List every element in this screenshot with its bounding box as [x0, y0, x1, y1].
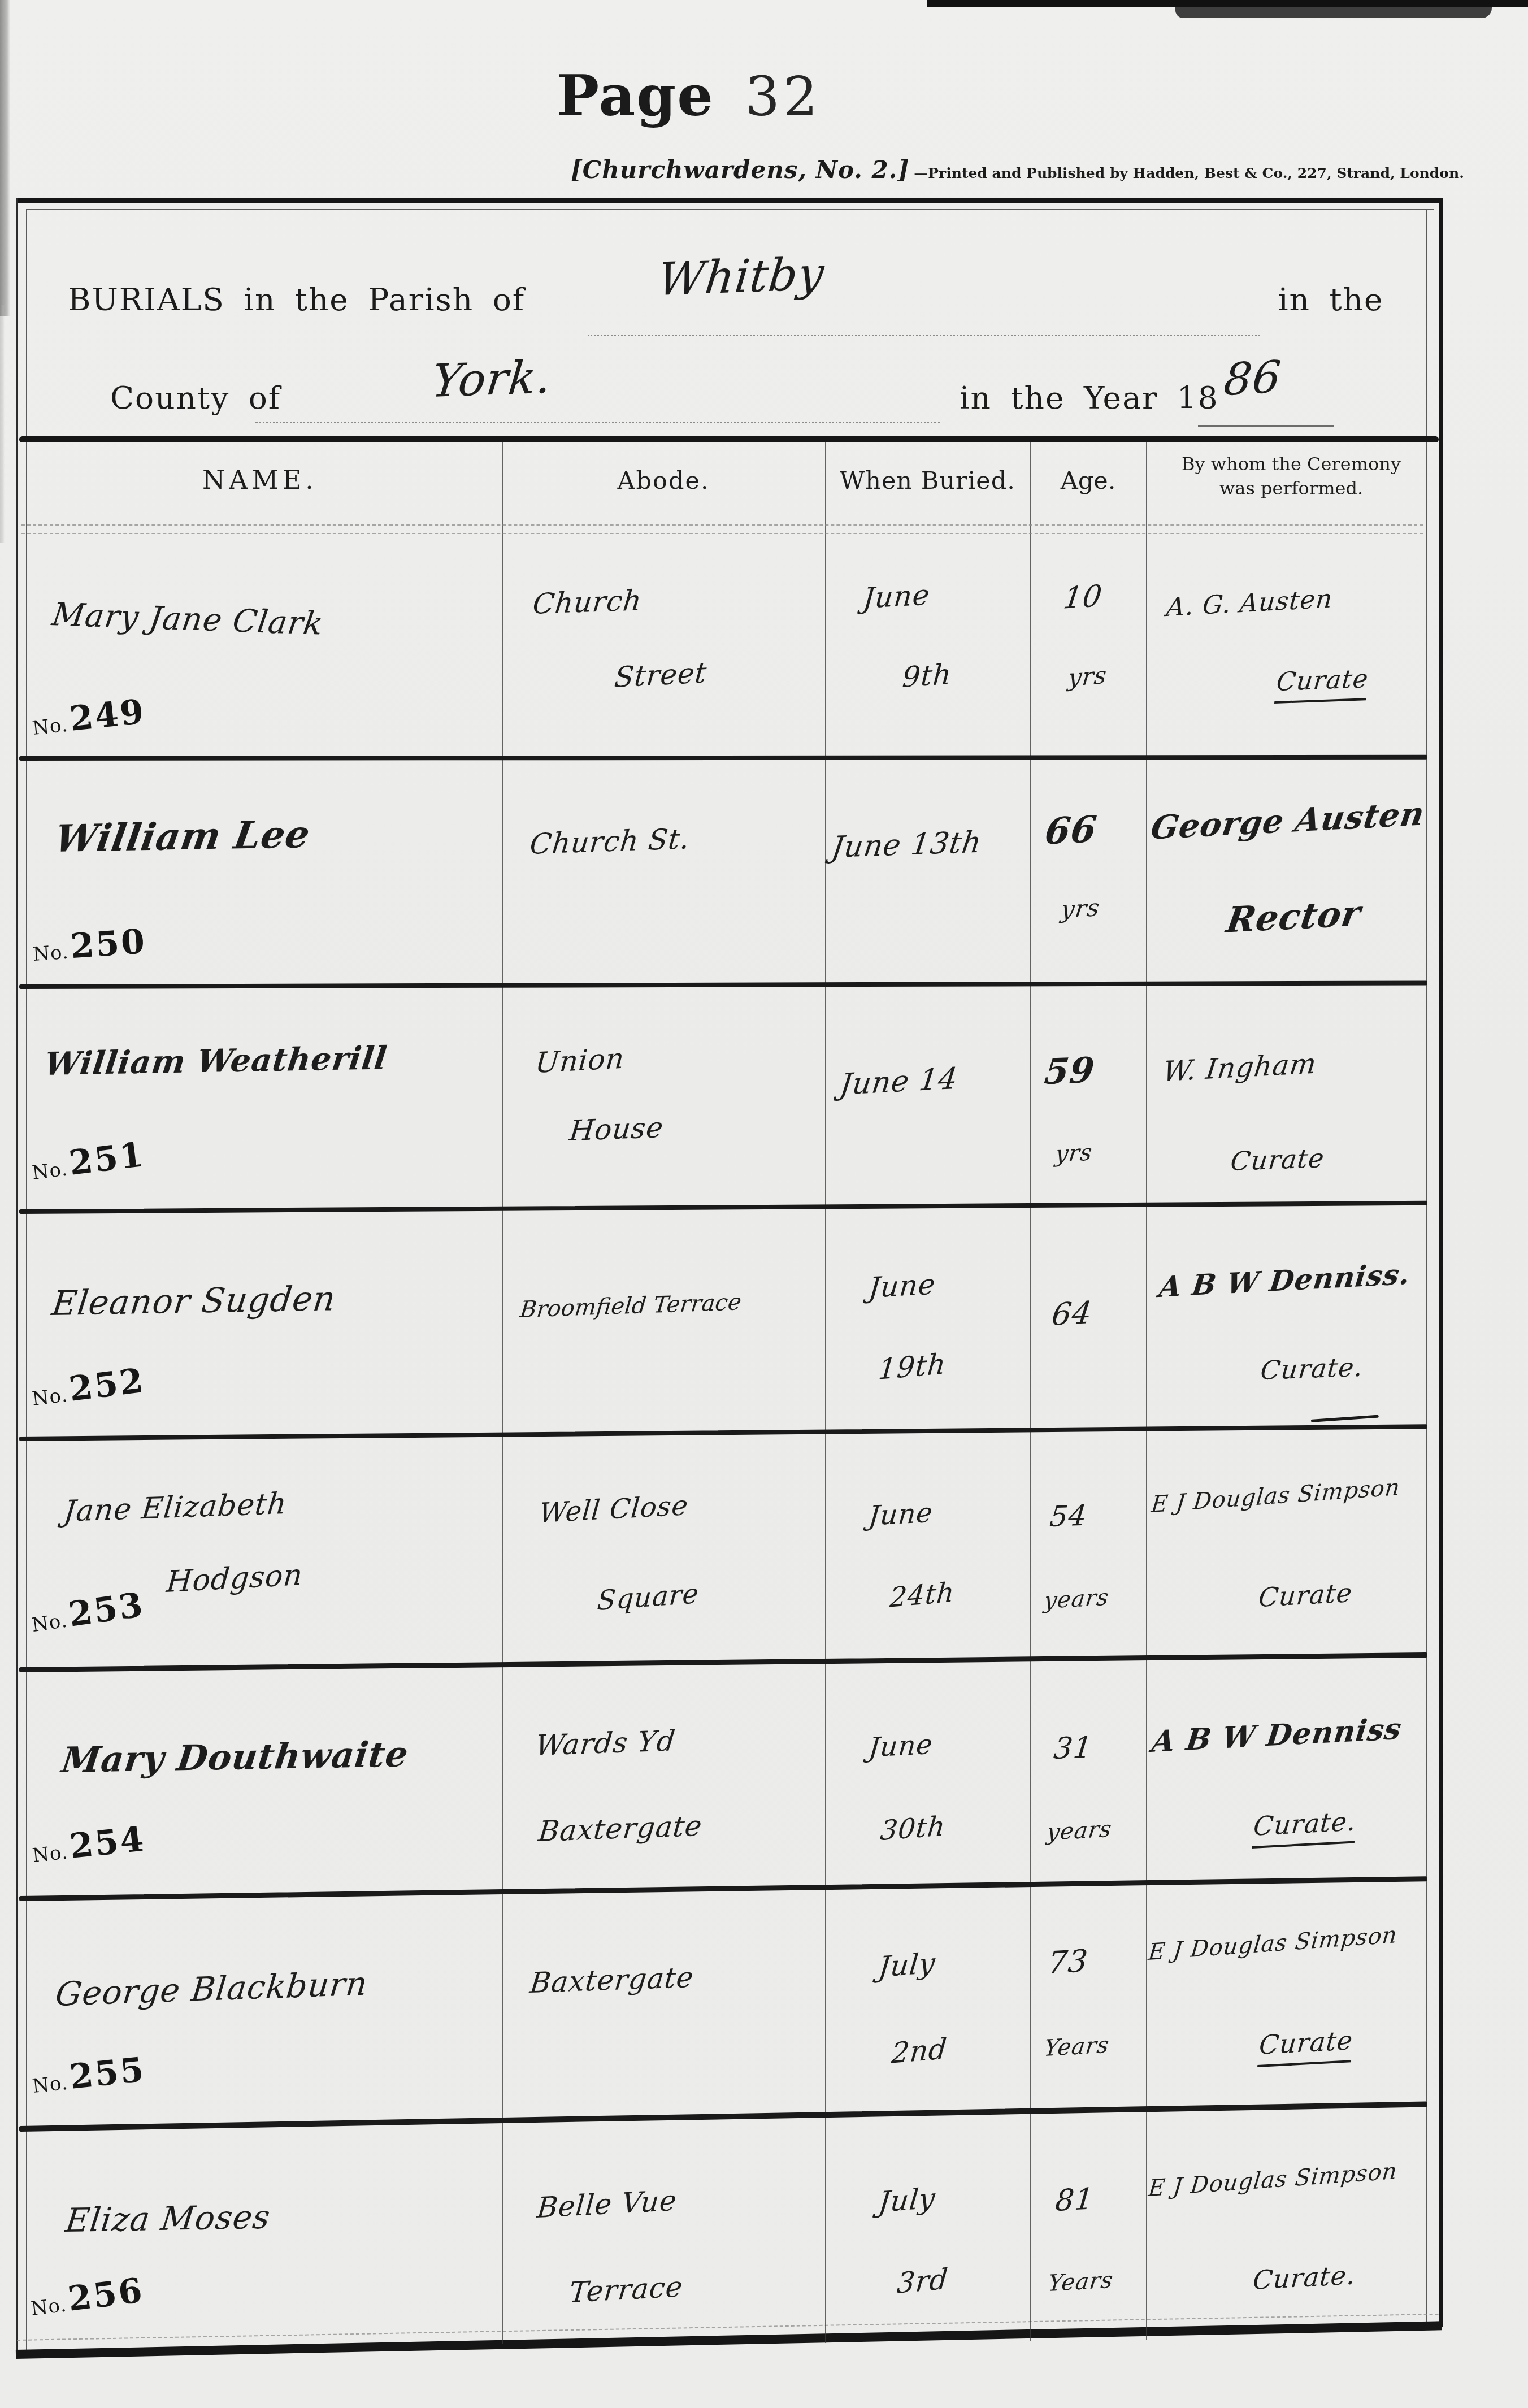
page-title: Page 32	[557, 62, 821, 129]
entry-age-value: 54	[1048, 1499, 1089, 1533]
entry-abode-line1: Broomfield Terrace	[519, 1289, 743, 1323]
page-number: 32	[745, 65, 821, 128]
entry-number-value: 249	[68, 692, 147, 739]
entry-minister-title: Curate	[1257, 2025, 1355, 2067]
imprint-line: [Churchwardens, No. 2.] —Printed and Pub…	[571, 156, 1464, 184]
entry-when-line1: June	[867, 1268, 937, 1304]
entry-name-line2: Hodgson	[165, 1558, 305, 1599]
entry-abode-line2: Square	[596, 1578, 700, 1617]
entry-when-line2: 9th	[901, 657, 953, 694]
column-line-4	[1146, 442, 1147, 2340]
entry-age-unit: years	[1043, 1585, 1110, 1614]
entry-number: No. 250	[31, 922, 147, 969]
entry-minister-title: Curate	[1229, 1143, 1326, 1177]
entry-number-value: 251	[67, 1135, 147, 1183]
entry-minister-name: E J Douglas Simpson	[1150, 1474, 1401, 1518]
entry-age-value: 66	[1043, 808, 1099, 853]
entry-age-unit: yrs	[1067, 661, 1108, 692]
entry-number: No. 249	[30, 692, 147, 743]
entry-age-unit: years	[1045, 1816, 1113, 1846]
header-name: NAME.	[34, 465, 486, 495]
header-by-whom-line2: was performed.	[1150, 476, 1432, 501]
row-separator-7	[19, 2102, 1427, 2132]
entry-name: Eleanor Sugden	[50, 1279, 338, 1324]
header-by-whom-line1: By whom the Ceremony	[1150, 452, 1432, 476]
frame-left-inner	[26, 209, 27, 2357]
entry-minister-name: George Austen	[1148, 795, 1427, 847]
county-rule	[255, 422, 940, 423]
entry-number-value: 252	[67, 1361, 147, 1409]
entry-when-line2: 24th	[888, 1576, 956, 1614]
scan-edge-left-faint	[0, 305, 5, 543]
frame-top-inner	[26, 209, 1434, 210]
entry-number-label: No.	[29, 2294, 68, 2320]
entry-abode-line1: Church	[531, 584, 644, 621]
entry-minister-title: Curate.	[1252, 1806, 1357, 1849]
frame-right	[1439, 198, 1443, 2327]
page-label: Page	[557, 62, 714, 129]
year-heading: in the Year 18	[960, 380, 1219, 416]
entry-number-label: No.	[31, 714, 69, 740]
entry-number-label: No.	[31, 2072, 69, 2098]
entry-number: No. 255	[30, 2050, 147, 2101]
header-age: Age.	[1030, 467, 1146, 495]
entry-age-unit: Years	[1043, 2032, 1111, 2062]
entry-number-label: No.	[31, 1384, 69, 1411]
entry-number: No. 251	[29, 1135, 147, 1188]
entry-when-line1: July	[877, 1946, 937, 1984]
row-separator-2	[19, 980, 1427, 989]
entry-when-line1: June 14	[838, 1062, 960, 1102]
entry-age-value: 10	[1061, 579, 1105, 616]
row-separator-6	[19, 1876, 1427, 1901]
entry-number: No. 256	[28, 2271, 146, 2324]
row-separator-3	[19, 1201, 1427, 1214]
entry-number-value: 255	[68, 2050, 147, 2097]
entry-minister-title: Rector	[1223, 892, 1364, 941]
entry-age-unit: yrs	[1054, 1139, 1094, 1168]
entry-abode-line1: Well Close	[538, 1490, 689, 1529]
entry-name-line1: Jane Elizabeth	[62, 1487, 289, 1529]
column-line-3	[1030, 442, 1031, 2341]
scan-smudge-top	[1175, 0, 1492, 18]
frame-top	[16, 198, 1443, 203]
table-top-rule	[19, 436, 1439, 442]
entry-number-value: 256	[66, 2271, 146, 2319]
entry-name: William Weatherill	[42, 1039, 389, 1083]
county-entry: York.	[429, 350, 554, 407]
entry-minister-title: Curate	[1257, 1577, 1353, 1613]
year-rule	[1198, 425, 1334, 427]
entry-minister-name: E J Douglas Simpson	[1147, 1922, 1399, 1966]
entry-age-value: 81	[1054, 2182, 1095, 2218]
heading-in-the: in the	[1278, 281, 1384, 318]
entry-when-line1: June	[867, 1497, 934, 1532]
entry-minister-title: Curate.	[1259, 1351, 1365, 1386]
entry-number-label: No.	[31, 1841, 69, 1867]
column-line-1	[502, 442, 503, 2344]
entry-name: George Blackburn	[54, 1964, 370, 2014]
header-by-whom: By whom the Ceremony was performed.	[1150, 452, 1432, 501]
header-when-buried: When Buried.	[825, 467, 1030, 495]
entry-abode-line2: Baxtergate	[537, 1810, 704, 1848]
entry-name: Eliza Moses	[63, 2198, 272, 2240]
frame-right-inner	[1426, 209, 1427, 2325]
minister-underline-dash	[1311, 1415, 1379, 1422]
parish-entry: Whitby	[656, 247, 827, 306]
scanned-register-page: Page 32 [Churchwardens, No. 2.] —Printed…	[0, 0, 1528, 2408]
entry-number: No. 252	[29, 1361, 147, 1414]
header-underrule-1	[21, 524, 1423, 526]
entry-when-line2: 30th	[879, 1810, 947, 1847]
county-heading: County of	[110, 380, 281, 416]
entry-when-line2: 2nd	[890, 2032, 949, 2070]
frame-left	[16, 198, 18, 2358]
header-underrule-2	[21, 533, 1423, 534]
row-separator-4	[19, 1424, 1427, 1441]
entry-number: No. 253	[28, 1585, 146, 1640]
entry-age-value: 59	[1043, 1049, 1097, 1092]
entry-number-value: 254	[68, 1819, 147, 1867]
parish-rule	[588, 335, 1260, 336]
year-entry: 86	[1222, 352, 1283, 406]
entry-minister-title: Curate	[1274, 663, 1370, 704]
entry-abode-line1: Union	[534, 1042, 626, 1079]
entry-abode-line1: Belle Vue	[536, 2184, 678, 2224]
entry-age-unit: yrs	[1060, 893, 1101, 923]
entry-age-value: 31	[1052, 1730, 1094, 1766]
row-separator-1	[19, 755, 1427, 761]
entry-abode-line2: House	[568, 1111, 665, 1147]
entry-minister-title: Curate.	[1252, 2259, 1357, 2296]
column-line-2	[825, 442, 826, 2343]
entry-when-line2: 3rd	[896, 2262, 950, 2300]
row-separator-5	[19, 1652, 1427, 1672]
entry-when-line1: June 13th	[830, 825, 984, 865]
entry-abode-line2: Terrace	[568, 2270, 684, 2309]
entry-number-label: No.	[31, 1158, 69, 1185]
entry-minister-name: E J Douglas Simpson	[1147, 2158, 1399, 2202]
entry-age-value: 73	[1047, 1943, 1089, 1981]
entry-number-label: No.	[32, 941, 70, 966]
entry-age-unit: Years	[1047, 2267, 1115, 2297]
series-label: [Churchwardens, No. 2.]	[571, 156, 909, 184]
publisher-imprint: —Printed and Published by Hadden, Best &…	[914, 165, 1464, 181]
header-abode: Abode.	[502, 467, 825, 495]
scan-edge-left	[0, 0, 10, 316]
entry-age-value: 64	[1050, 1295, 1094, 1333]
entry-abode-line1: Church St.	[528, 822, 692, 861]
entry-abode-line1: Wards Yd	[534, 1724, 677, 1762]
entry-minister-name: A B W Denniss	[1150, 1711, 1404, 1759]
entry-number: No. 254	[30, 1819, 147, 1871]
entry-when-line2: 19th	[877, 1347, 948, 1386]
burials-heading: BURIALS in the Parish of	[68, 281, 525, 318]
entry-when-line1: June	[867, 1729, 934, 1764]
entry-name: Mary Jane Clark	[50, 596, 325, 642]
entry-name: William Lee	[52, 812, 314, 861]
entry-number-value: 253	[66, 1585, 147, 1635]
entry-number-label: No.	[31, 1609, 69, 1637]
entry-abode-line1: Baxtergate	[528, 1961, 696, 1999]
entry-when-line1: June	[862, 578, 931, 615]
entry-when-line1: July	[877, 2181, 937, 2219]
entry-name: Mary Douthwaite	[59, 1733, 411, 1781]
entry-minister-name: A. G. Austen	[1165, 583, 1334, 622]
entry-number-value: 250	[69, 922, 147, 966]
entry-minister-name: A B W Denniss.	[1157, 1257, 1412, 1304]
entry-abode-line2: Street	[613, 656, 708, 694]
entry-minister-name: W. Ingham	[1161, 1047, 1318, 1088]
